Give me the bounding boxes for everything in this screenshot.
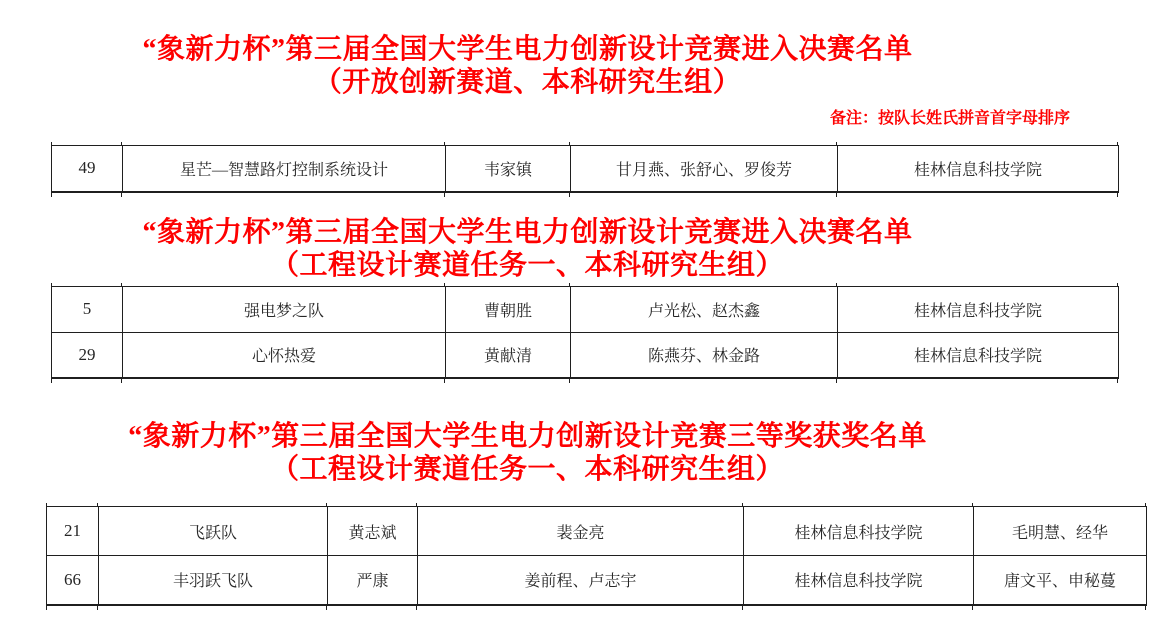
cell-school: 桂林信息科技学院 [838, 146, 1119, 192]
table3-continuation-marks-bottom [46, 606, 1146, 610]
cell-members: 卢光松、赵杰鑫 [571, 286, 838, 332]
table-row: 5 强电梦之队 曹朝胜 卢光松、赵杰鑫 桂林信息科技学院 [52, 286, 1119, 332]
cell-captain: 黄志斌 [328, 507, 418, 556]
document-page: “象新力杯”第三届全国大学生电力创新设计竞赛进入决赛名单 （开放创新赛道、本科研… [0, 0, 1149, 633]
table1-continuation-marks-bottom [51, 193, 1118, 197]
cell-members: 裴金亮 [418, 507, 744, 556]
cell-number: 29 [52, 332, 123, 378]
cell-members: 陈燕芬、林金路 [571, 332, 838, 378]
cell-captain: 严康 [328, 556, 418, 605]
cell-captain: 曹朝胜 [446, 286, 571, 332]
table-row: 66 丰羽跃飞队 严康 姜前程、卢志宇 桂林信息科技学院 唐文平、申秘蔓 [47, 556, 1147, 605]
cell-number: 21 [47, 507, 99, 556]
section2-title: “象新力杯”第三届全国大学生电力创新设计竞赛进入决赛名单 （工程设计赛道任务一、… [0, 216, 1055, 282]
cell-members: 姜前程、卢志宇 [418, 556, 744, 605]
table3-third-prize-winners: 21 飞跃队 黄志斌 裴金亮 桂林信息科技学院 毛明慧、经华 66 丰羽跃飞队 … [46, 506, 1147, 606]
cell-team: 强电梦之队 [123, 286, 446, 332]
cell-number: 66 [47, 556, 99, 605]
table3-continuation-marks-top [46, 503, 1146, 506]
cell-team: 心怀热爱 [123, 332, 446, 378]
table1-continuation-marks-top [51, 142, 1118, 145]
cell-team: 飞跃队 [99, 507, 328, 556]
cell-school: 桂林信息科技学院 [838, 332, 1119, 378]
cell-members: 甘月燕、张舒心、罗俊芳 [571, 146, 838, 192]
table-row: 21 飞跃队 黄志斌 裴金亮 桂林信息科技学院 毛明慧、经华 [47, 507, 1147, 556]
section3-title-line1: “象新力杯”第三届全国大学生电力创新设计竞赛三等奖获奖名单 [0, 420, 1055, 453]
cell-school: 桂林信息科技学院 [744, 507, 974, 556]
cell-project: 星芒—智慧路灯控制系统设计 [123, 146, 446, 192]
cell-captain: 韦家镇 [446, 146, 571, 192]
table2-continuation-marks-bottom [51, 379, 1118, 383]
table1-finalists-open-track: 49 星芒—智慧路灯控制系统设计 韦家镇 甘月燕、张舒心、罗俊芳 桂林信息科技学… [51, 145, 1119, 193]
cell-number: 5 [52, 286, 123, 332]
table2-finalists-engineering-track: 5 强电梦之队 曹朝胜 卢光松、赵杰鑫 桂林信息科技学院 29 心怀热爱 黄献清… [51, 286, 1119, 380]
cell-advisors: 唐文平、申秘蔓 [974, 556, 1147, 605]
section1-title: “象新力杯”第三届全国大学生电力创新设计竞赛进入决赛名单 （开放创新赛道、本科研… [0, 33, 1055, 99]
section1-title-line2: （开放创新赛道、本科研究生组） [0, 66, 1055, 99]
cell-number: 49 [52, 146, 123, 192]
section3-title-line2: （工程设计赛道任务一、本科研究生组） [0, 453, 1055, 486]
cell-team: 丰羽跃飞队 [99, 556, 328, 605]
section1-title-line1: “象新力杯”第三届全国大学生电力创新设计竞赛进入决赛名单 [0, 33, 1055, 66]
table-row: 49 星芒—智慧路灯控制系统设计 韦家镇 甘月燕、张舒心、罗俊芳 桂林信息科技学… [52, 146, 1119, 192]
section3-title: “象新力杯”第三届全国大学生电力创新设计竞赛三等奖获奖名单 （工程设计赛道任务一… [0, 420, 1055, 486]
section2-title-line2: （工程设计赛道任务一、本科研究生组） [0, 249, 1055, 282]
section1-note: 备注：按队长姓氏拼音首字母排序 [0, 109, 1070, 129]
table-row: 29 心怀热爱 黄献清 陈燕芬、林金路 桂林信息科技学院 [52, 332, 1119, 378]
table2-continuation-marks-top [51, 283, 1118, 286]
cell-advisors: 毛明慧、经华 [974, 507, 1147, 556]
section2-title-line1: “象新力杯”第三届全国大学生电力创新设计竞赛进入决赛名单 [0, 216, 1055, 249]
cell-captain: 黄献清 [446, 332, 571, 378]
cell-school: 桂林信息科技学院 [838, 286, 1119, 332]
cell-school: 桂林信息科技学院 [744, 556, 974, 605]
